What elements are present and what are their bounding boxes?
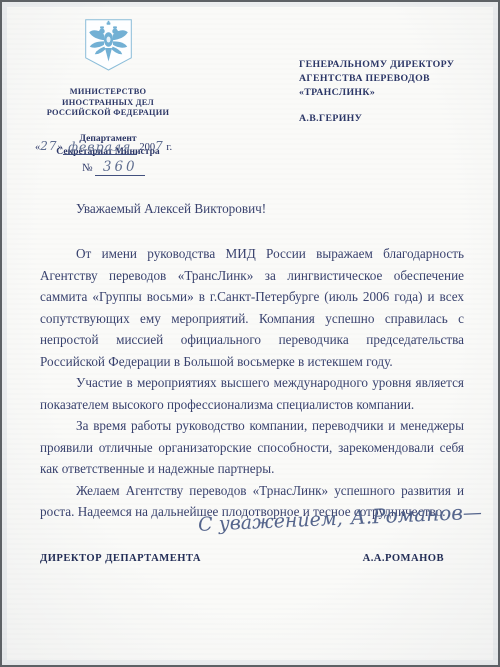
- recipient-line3: «ТРАНСЛИНК»: [299, 86, 489, 100]
- date-month-handwritten: февраля: [63, 139, 137, 155]
- signature-closing-handwritten: С уважением,: [198, 508, 343, 536]
- body-paragraph: От имени руководства МИД России выражаем…: [40, 243, 464, 372]
- signer-title: ДИРЕКТОР ДЕПАРТАМЕНТА: [40, 553, 201, 564]
- number-value-handwritten: 360: [95, 159, 145, 176]
- ministry-name-line2: РОССИЙСКОЙ ФЕДЕРАЦИИ: [33, 108, 183, 119]
- body-paragraph: За время работы руководство компании, пе…: [40, 415, 464, 480]
- number-sign: №: [82, 162, 93, 174]
- date-day-handwritten: 27: [40, 139, 57, 153]
- date-year-suffix: г.: [166, 142, 172, 153]
- russia-coat-of-arms-icon: [85, 19, 132, 71]
- letter-body: Уважаемый Алексей Викторович! От имени р…: [40, 198, 464, 523]
- signer-name: А.А.РОМАНОВ: [363, 553, 444, 564]
- date-year-printed: 200: [139, 142, 155, 153]
- recipient-block: ГЕНЕРАЛЬНОМУ ДИРЕКТОРУ АГЕНТСТВА ПЕРЕВОД…: [299, 58, 489, 126]
- greeting-line: Уважаемый Алексей Викторович!: [40, 198, 464, 219]
- scanned-letter-page: МИНИСТЕРСТВО ИНОСТРАННЫХ ДЕЛ РОССИЙСКОЙ …: [0, 0, 500, 667]
- outgoing-number-line: № 360: [82, 159, 145, 176]
- ministry-name-line1: МИНИСТЕРСТВО ИНОСТРАННЫХ ДЕЛ: [33, 87, 183, 108]
- signature-row: ДИРЕКТОР ДЕПАРТАМЕНТА А.А.РОМАНОВ: [40, 553, 444, 564]
- recipient-name: А.В.ГЕРИНУ: [299, 112, 489, 126]
- letterhead: МИНИСТЕРСТВО ИНОСТРАННЫХ ДЕЛ РОССИЙСКОЙ …: [33, 19, 183, 158]
- recipient-line1: ГЕНЕРАЛЬНОМУ ДИРЕКТОРУ: [299, 58, 489, 72]
- signature-flourish: —: [462, 502, 480, 525]
- ministry-name: МИНИСТЕРСТВО ИНОСТРАННЫХ ДЕЛ РОССИЙСКОЙ …: [33, 87, 183, 119]
- recipient-line2: АГЕНТСТВА ПЕРЕВОДОВ: [299, 72, 489, 86]
- signature-name-handwritten: А.Романов: [350, 500, 463, 529]
- date-year-digit-handwritten: 7: [155, 139, 164, 153]
- body-paragraph: Участие в мероприятиях высшего междунаро…: [40, 372, 464, 415]
- date-line: «27»февраля 2007 г.: [35, 138, 205, 154]
